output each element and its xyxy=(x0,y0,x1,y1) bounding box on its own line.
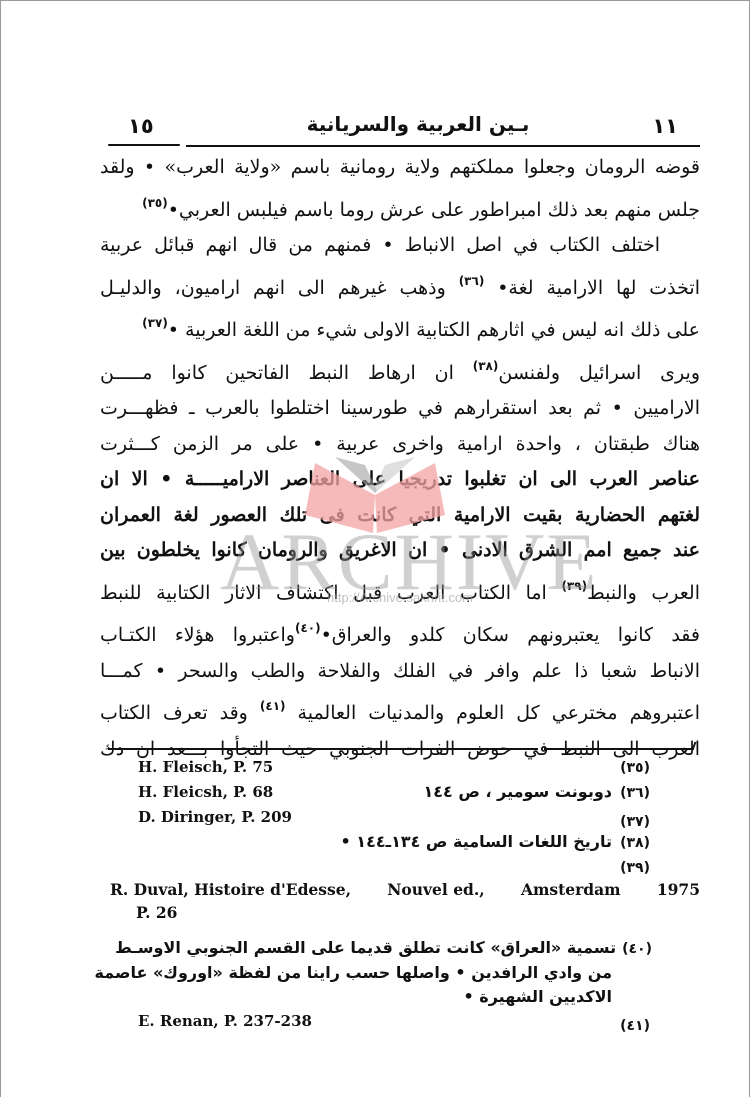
footnote-number: (٣٧) xyxy=(620,814,650,830)
header-rule-short xyxy=(108,144,180,146)
footnote-ref[interactable]: (٤٠) xyxy=(295,621,321,635)
body-line: لغتهم الحضارية بقيت الارامية التي كانت ف… xyxy=(100,498,700,534)
footnote-citation: H. Fleicsh, P. 68 xyxy=(138,783,273,801)
footnote-ref[interactable]: (٤١) xyxy=(260,699,286,713)
body-line: اتخذت لها الارامية لغة• (٣٦) وذهب غيرهم … xyxy=(100,264,700,307)
footnote-number: (٤٠) xyxy=(622,941,652,957)
body-line: عناصر العرب الى ان تغلبوا تدريجيا على ال… xyxy=(100,462,700,498)
footnote-citation-part: 1975 xyxy=(657,880,700,899)
footnote-citation: H. Fleisch, P. 75 xyxy=(138,758,273,776)
footnote-citation: E. Renan, P. 237-238 xyxy=(138,1012,312,1030)
footnote-citation-part: R. Duval, Histoire d'Edesse, xyxy=(110,880,351,899)
footnote-number: (٣٩) xyxy=(620,860,650,876)
header-rule xyxy=(108,144,700,147)
footnote-separator xyxy=(108,748,702,752)
footnote-ref[interactable]: (٣٨) xyxy=(473,359,499,373)
footnote-39-number-row: (٣٩) xyxy=(110,856,700,880)
footnote-41: E. Renan, P. 237-238 (٤١) xyxy=(110,1010,700,1035)
page-header: ١٥ بـين العربية والسريانية ١١ xyxy=(128,112,696,146)
footnote-citation-part: Nouvel ed., xyxy=(387,880,484,899)
body-line: اعتبروهم مخترعي كل العلوم والمدنيات العا… xyxy=(100,689,700,732)
footnote-text: تسمية «العراق» كانت تطلق قديما على القسم… xyxy=(115,938,616,957)
running-title: بـين العربية والسريانية xyxy=(278,112,558,136)
body-line: ويرى اسرائيل ولفنسن(٣٨) ان ارهاط النبط ا… xyxy=(100,349,700,392)
body-line: عند جميع امم الشرق الادنى • ان الاغريق و… xyxy=(100,533,700,569)
page-number-right: ١١ xyxy=(652,114,678,138)
footnote-number: (٣٦) xyxy=(620,785,650,801)
body-line: اختلف الكتاب في اصل الانباط • فمنهم من ق… xyxy=(100,228,700,264)
footnote-number: (٣٨) xyxy=(620,835,650,851)
body-line: فقد كانوا يعتبرونهم سكان كلدو والعراق•(٤… xyxy=(100,611,700,654)
footnote-38: تاريخ اللغات السامية ص ١٣٤ـ١٤٤ • (٣٨) xyxy=(110,831,700,856)
footnote-citation: D. Diringer, P. 209 xyxy=(138,808,292,826)
body-line: الاراميين • ثم بعد استقرارهم في طورسينا … xyxy=(100,391,700,427)
body-line: العرب والنبط(٣٩) اما الكتاب العرب قبل اك… xyxy=(100,569,700,612)
footnote-text: من وادي الرافدين • واصلها حسب راينا من ل… xyxy=(92,961,652,985)
header-rule-long xyxy=(186,145,700,147)
body-line: قوضه الرومان وجعلوا مملكتهم ولاية روماني… xyxy=(100,150,700,186)
footnote-ref[interactable]: (٣٧) xyxy=(142,316,168,330)
footnote-ref[interactable]: (٣٥) xyxy=(142,196,168,210)
footnote-citation-part: Amsterdam xyxy=(521,880,621,899)
footnote-40: (٤٠)تسمية «العراق» كانت تطلق قديما على ا… xyxy=(110,930,700,1010)
body-text: قوضه الرومان وجعلوا مملكتهم ولاية روماني… xyxy=(100,150,700,767)
footnote-number: (٤١) xyxy=(620,1018,650,1034)
footnote-ref[interactable]: (٣٦) xyxy=(459,274,485,288)
footnotes: H. Fleisch, P. 75 (٣٥) H. Fleicsh, P. 68… xyxy=(110,756,700,1035)
footnote-citation-page: P. 26 xyxy=(110,903,700,922)
body-line: الانباط شعبا ذا علم وافر في الفلك والفلا… xyxy=(100,654,700,690)
body-line: على ذلك انه ليس في اثارهم الكتابية الاول… xyxy=(100,306,700,349)
footnote-number: (٣٥) xyxy=(620,760,650,776)
footnote-citation-arabic: تاريخ اللغات السامية ص ١٣٤ـ١٤٤ • xyxy=(341,832,613,851)
footnote-citation-arabic: دوبونت سومير ، ص ١٤٤ xyxy=(424,782,612,801)
footnote-39: R. Duval, Histoire d'Edesse, Nouvel ed.,… xyxy=(110,880,700,930)
footnote-ref[interactable]: (٣٩) xyxy=(561,579,587,593)
body-line: جلس منهم بعد ذلك امبراطور على عرش روما ب… xyxy=(100,186,700,229)
footnote-35: H. Fleisch, P. 75 (٣٥) xyxy=(110,756,700,781)
body-line: هناك طبقتان ، واحدة ارامية واخرى عربية •… xyxy=(100,427,700,463)
footnote-text: الاكديين الشهيرة • xyxy=(92,985,652,1009)
footnote-37: D. Diringer, P. 209 (٣٧) xyxy=(110,806,700,831)
footnote-36: H. Fleicsh, P. 68 دوبونت سومير ، ص ١٤٤ (… xyxy=(110,781,700,806)
page-number-left: ١٥ xyxy=(128,114,154,138)
